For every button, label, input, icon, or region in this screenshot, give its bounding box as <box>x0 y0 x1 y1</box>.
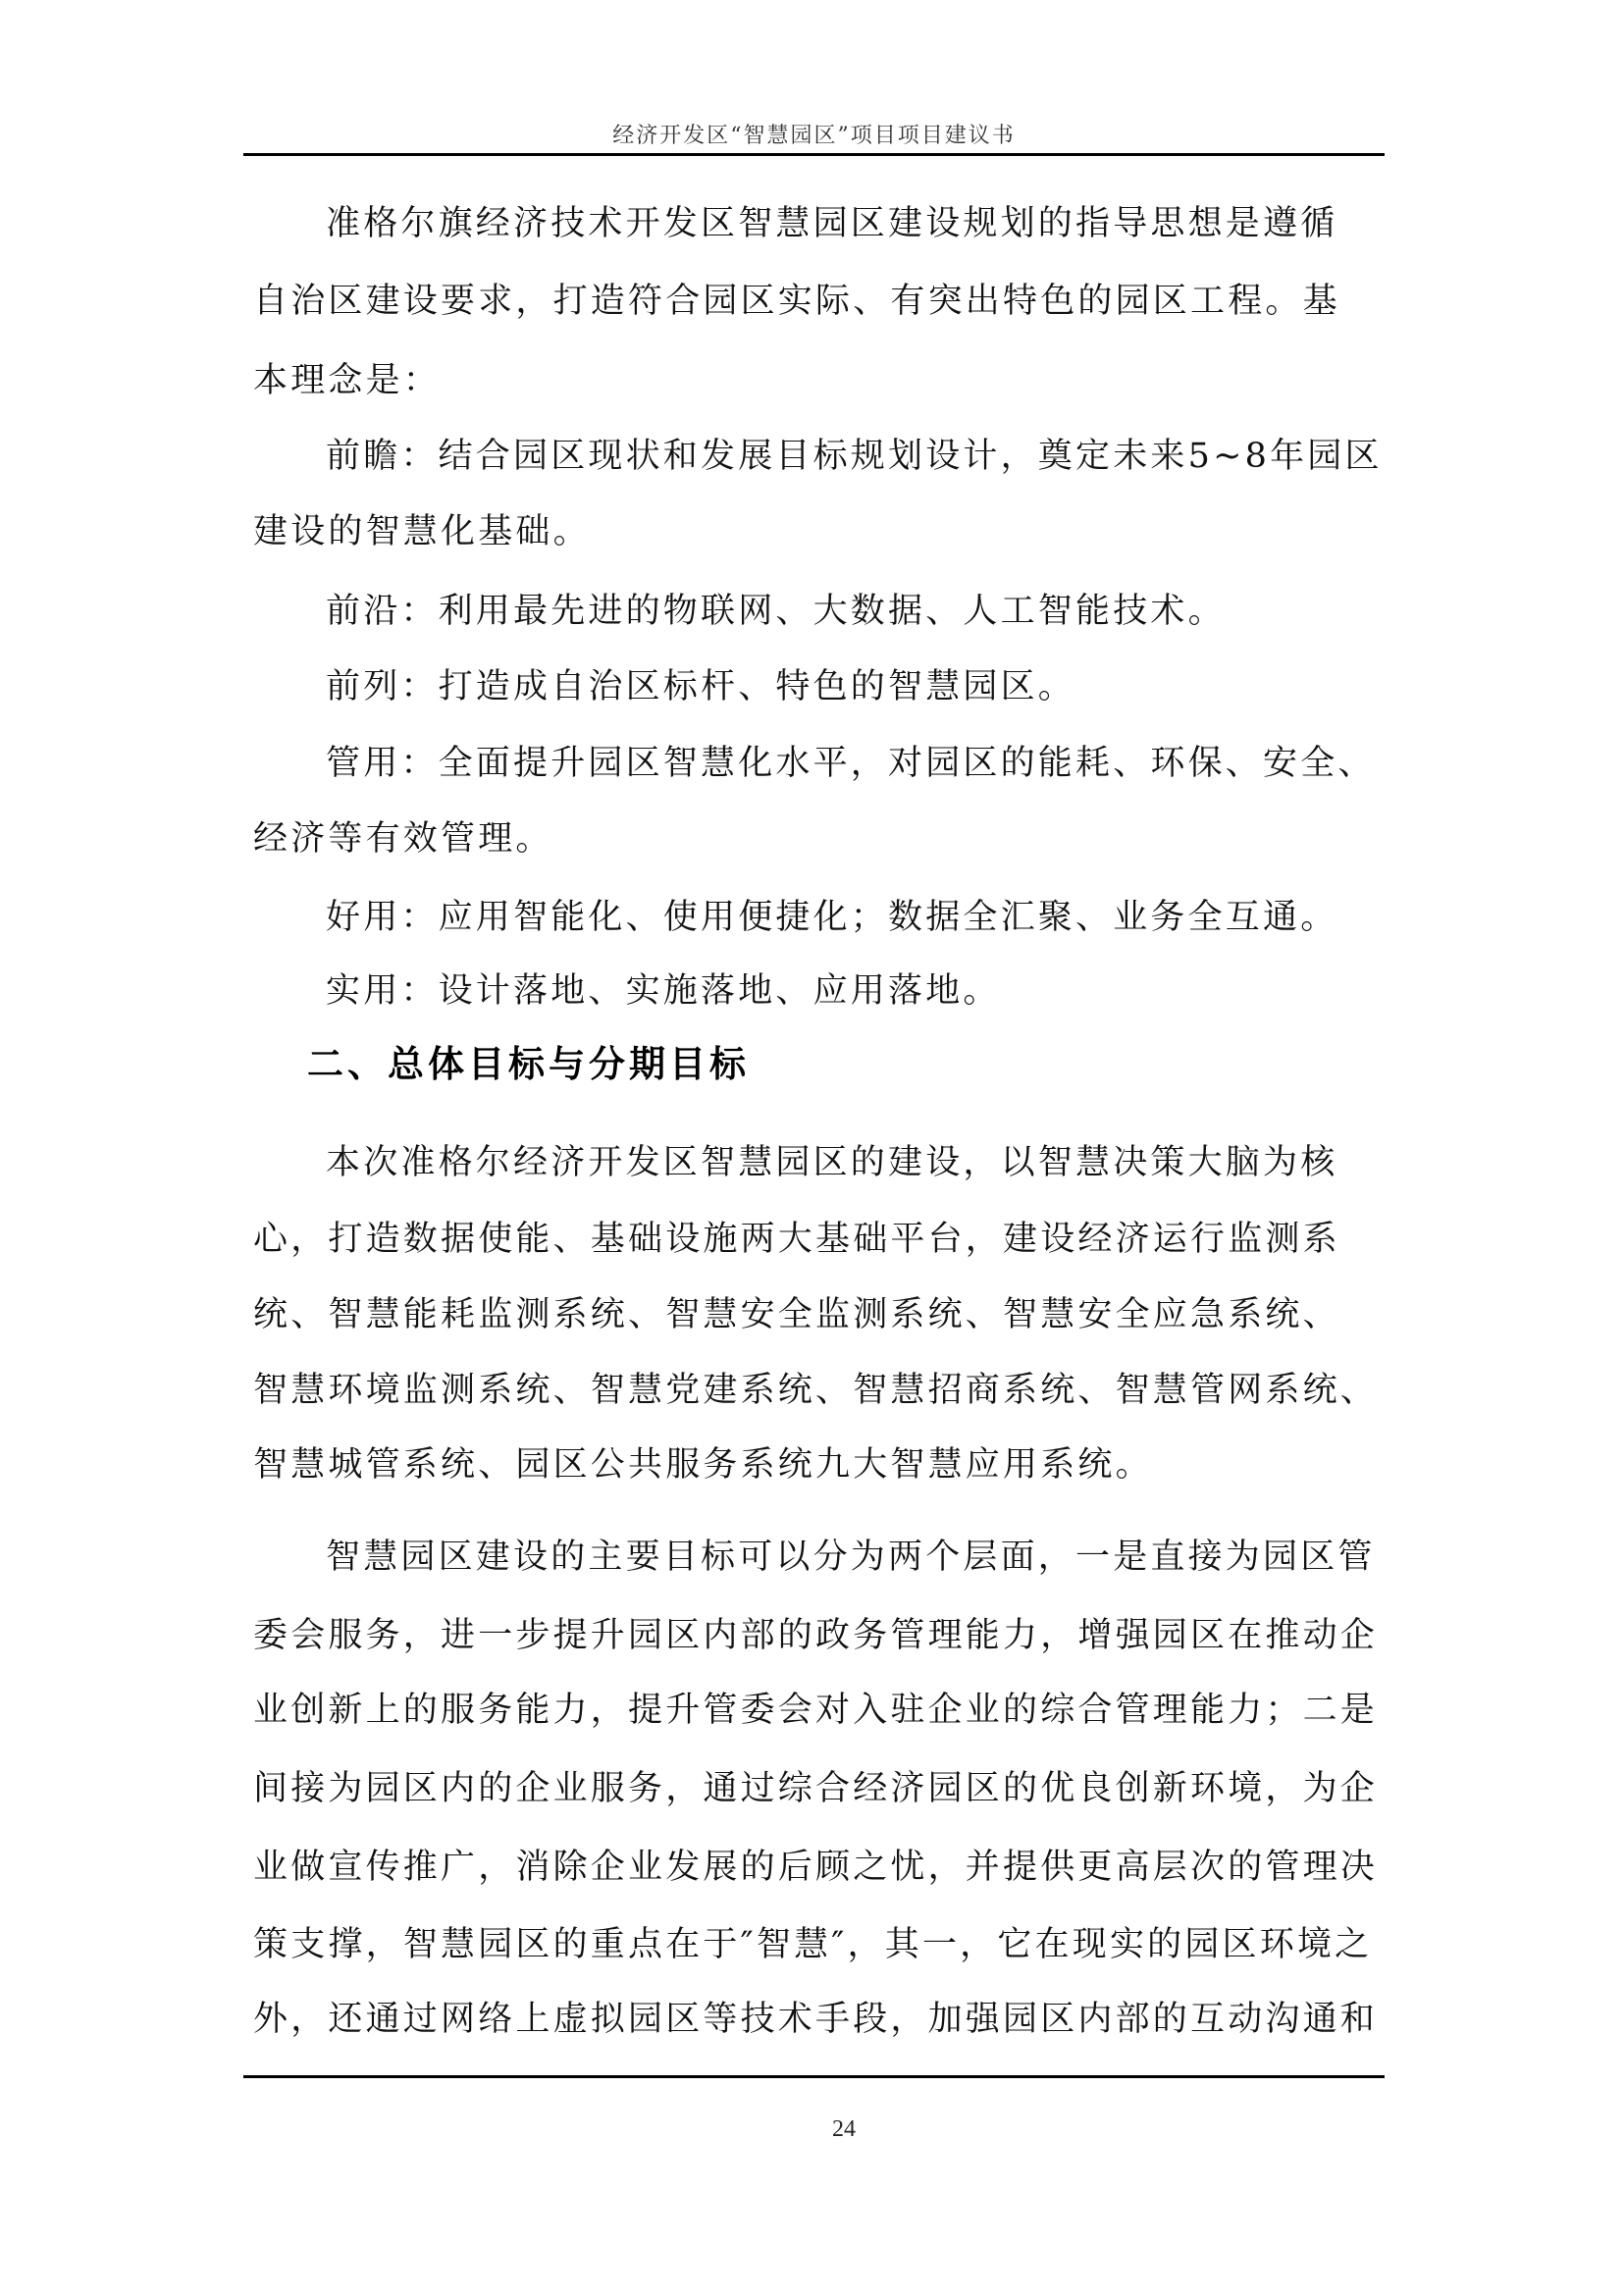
paragraph-line: 自治区建设要求，打造符合园区实际、有突出特色的园区工程。基 <box>253 280 1340 323</box>
page-number: 24 <box>785 2116 903 2143</box>
header-rule <box>243 153 1385 156</box>
paragraph-line: 委会服务，进一步提升园区内部的政务管理能力，增强园区在推动企 <box>253 1614 1378 1657</box>
paragraph-line: 本次准格尔经济开发区智慧园区的建设，以智慧决策大脑为核 <box>326 1141 1337 1184</box>
paragraph-line: 经济等有效管理。 <box>253 817 553 861</box>
paragraph-line: 准格尔旗经济技术开发区智慧园区建设规划的指导思想是遵循 <box>326 202 1337 245</box>
paragraph-line: 建设的智慧化基础。 <box>253 510 591 553</box>
principle-usability: 好用：应用智能化、使用便捷化；数据全汇聚、业务全互通。 <box>326 896 1337 939</box>
paragraph-line: 策支撑，智慧园区的重点在于″智慧″，其一，它在现实的园区环境之 <box>253 1923 1372 1966</box>
paragraph-line: 本理念是： <box>253 359 441 402</box>
paragraph-line: 业做宣传推广，消除企业发展的后顾之忧，并提供更高层次的管理决 <box>253 1846 1378 1889</box>
paragraph-line: 统、智慧能耗监测系统、智慧安全监测系统、智慧安全应急系统、 <box>253 1293 1340 1336</box>
paragraph-line: 心，打造数据使能、基础设施两大基础平台，建设经济运行监测系 <box>253 1218 1340 1261</box>
section-heading: 二、总体目标与分期目标 <box>307 1041 750 1088</box>
principle-foresight: 前瞻：结合园区现状和发展目标规划设计，奠定未来5~8年园区 <box>326 435 1383 478</box>
paragraph-line: 智慧环境监测系统、智慧党建系统、智慧招商系统、智慧管网系统、 <box>253 1369 1378 1412</box>
principle-practical-management: 管用：全面提升园区智慧化水平，对园区的能耗、环保、安全、 <box>326 742 1376 785</box>
footer-rule <box>243 2075 1385 2078</box>
paragraph-line: 智慧城管系统、园区公共服务系统九大智慧应用系统。 <box>253 1443 1153 1487</box>
paragraph-line: 业创新上的服务能力，提升管委会对入驻企业的综合管理能力；二是 <box>253 1689 1378 1732</box>
principle-forefront: 前列：打造成自治区标杆、特色的智慧园区。 <box>326 665 1075 708</box>
paragraph-line: 智慧园区建设的主要目标可以分为两个层面，一是直接为园区管 <box>326 1536 1376 1579</box>
paragraph-line: 外，还通过网络上虚拟园区等技术手段，加强园区内部的互动沟通和 <box>253 1998 1378 2041</box>
paragraph-line: 间接为园区内的企业服务，通过综合经济园区的优良创新环境，为企 <box>253 1767 1378 1810</box>
document-page: 经济开发区“智慧园区”项目项目建议书 准格尔旗经济技术开发区智慧园区建设规划的指… <box>0 0 1624 2295</box>
principle-implementation: 实用：设计落地、实施落地、应用落地。 <box>326 969 1001 1013</box>
principle-frontier: 前沿：利用最先进的物联网、大数据、人工智能技术。 <box>326 590 1226 633</box>
running-header-title: 经济开发区“智慧园区”项目项目建议书 <box>243 122 1385 151</box>
